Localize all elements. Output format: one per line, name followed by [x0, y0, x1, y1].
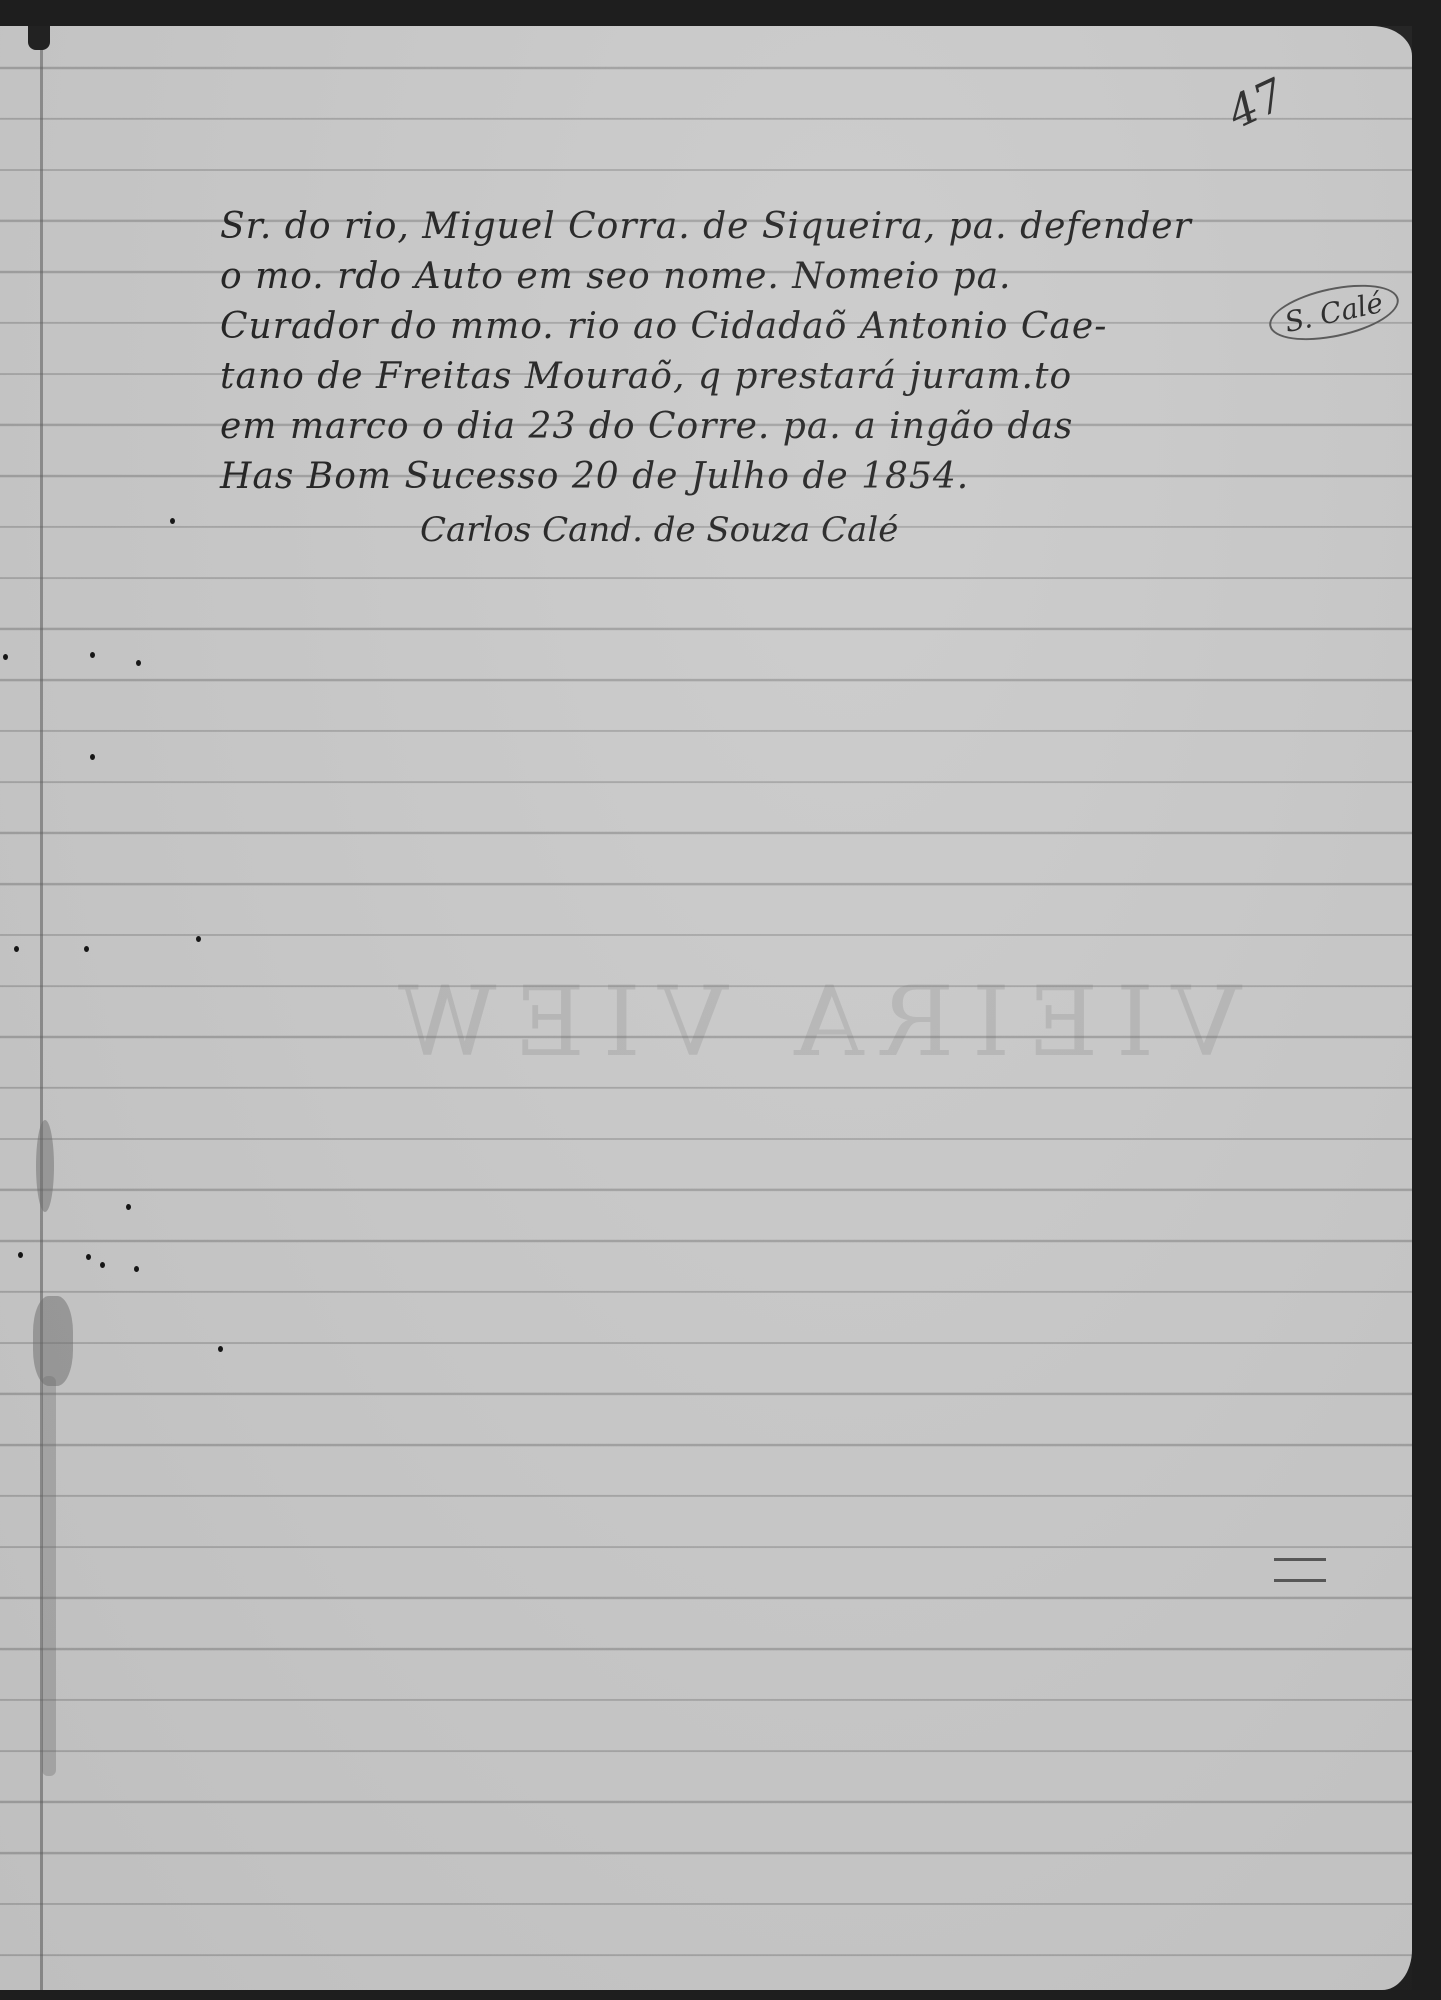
ink-speck — [136, 660, 141, 666]
manuscript-line: Has Bom Sucesso 20 de Julho de 1854. — [220, 452, 1340, 502]
ink-speck — [170, 518, 175, 524]
manuscript-line: em marco o dia 23 do Corre. pa. a ingão … — [220, 402, 1340, 452]
signature: Carlos Cand. de Souza Calé — [420, 510, 898, 550]
water-stain — [42, 1376, 56, 1776]
watermark: VIEIRA VIEW — [380, 966, 1241, 1078]
manuscript-line: tano de Freitas Mouraõ, q prestará juram… — [220, 352, 1340, 402]
ink-speck — [100, 1262, 105, 1268]
manuscript-line: Sr. do rio, Miguel Corra. de Siqueira, p… — [220, 202, 1340, 252]
water-stain — [33, 1296, 73, 1386]
ink-speck — [126, 1204, 131, 1210]
ink-speck — [134, 1266, 139, 1272]
ink-speck — [3, 654, 8, 660]
folio-number: 47 — [1220, 47, 1354, 166]
ink-speck — [18, 1252, 23, 1258]
manuscript-line: Curador do mmo. rio ao Cidadaõ Antonio C… — [220, 302, 1340, 352]
water-stain — [36, 1120, 54, 1212]
ink-speck — [196, 936, 201, 942]
ink-speck — [84, 946, 89, 952]
manuscript-page: VIEIRA VIEW 47 Sr. do rio, Miguel Corra.… — [0, 26, 1412, 1990]
ink-speck — [14, 946, 19, 952]
ink-speck — [218, 1346, 223, 1352]
manuscript-line: o mo. rdo Auto em seo nome. Nomeio pa. — [220, 252, 1340, 302]
binding-gutter-shadow — [28, 0, 50, 50]
ink-speck — [90, 754, 95, 760]
equals-mark — [1274, 1558, 1326, 1582]
ink-speck — [90, 652, 95, 658]
ink-speck — [86, 1254, 91, 1260]
manuscript-body: Sr. do rio, Miguel Corra. de Siqueira, p… — [220, 202, 1340, 502]
